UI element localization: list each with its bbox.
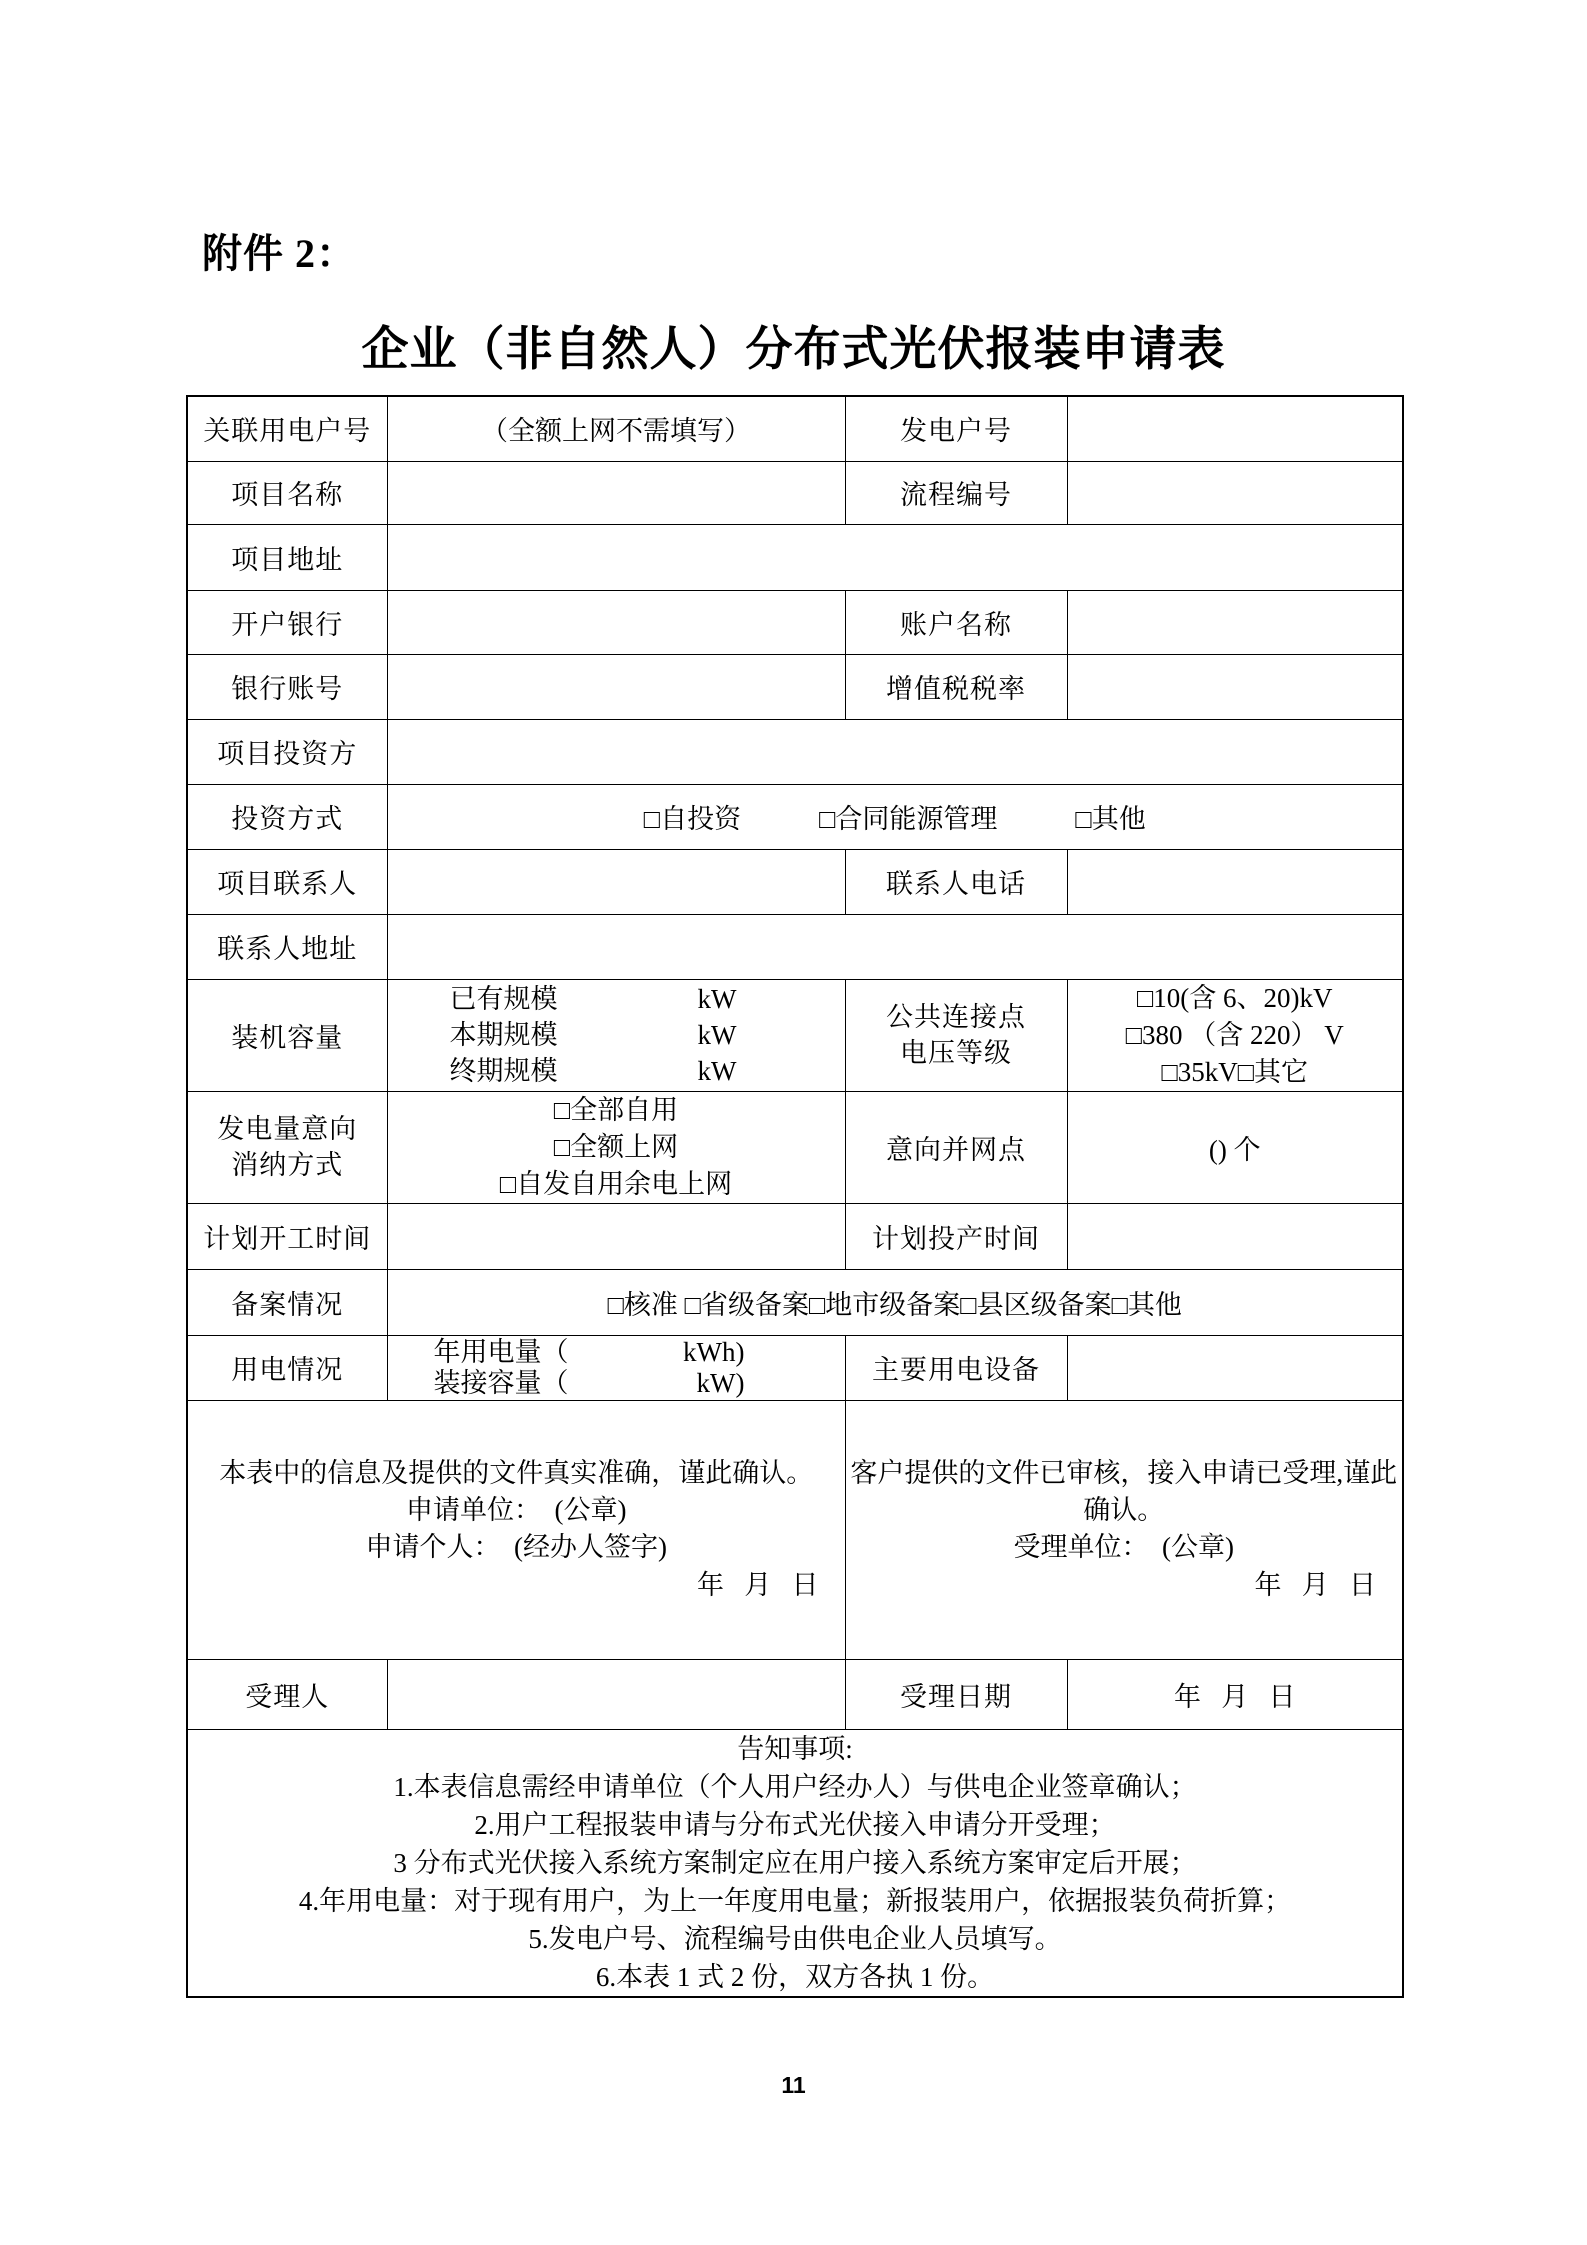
label-line2: 消纳方式 — [188, 1147, 387, 1183]
row-installed-capacity: 装机容量 已有规模 kW 本期规模 kW 终期规模 kW — [187, 979, 1403, 1091]
label-project-contact: 项目联系人 — [187, 849, 387, 914]
cell-planned-operation-value — [1067, 1203, 1403, 1269]
page-number: 11 — [0, 2072, 1587, 2099]
row-project-name: 项目名称 流程编号 — [187, 461, 1403, 524]
capacity-line-existing: 已有规模 kW — [388, 981, 845, 1017]
cell-project-investor-value — [387, 719, 1403, 784]
label-text: 发电户号 — [900, 416, 1012, 446]
label-acceptor: 受理人 — [187, 1659, 387, 1729]
label-text: 开户银行 — [231, 610, 343, 640]
cell-generation-account-value — [1067, 396, 1403, 461]
filing-checkbox-options: □核准 □省级备案□地市级备案□县区级备案□其他 — [608, 1290, 1182, 1320]
cell-project-name-value — [387, 461, 845, 524]
label-text: 受理日期 — [900, 1682, 1012, 1712]
label-line2: 电压等级 — [846, 1035, 1067, 1071]
label-text: 备案情况 — [231, 1290, 343, 1320]
notice-item-6: 6.本表 1 式 2 份，双方各执 1 份。 — [188, 1958, 1402, 1996]
capacity-unit: kW — [698, 1017, 737, 1053]
label-opening-bank: 开户银行 — [187, 590, 387, 654]
label-text: 项目投资方 — [217, 739, 357, 769]
label-contact-address: 联系人地址 — [187, 914, 387, 979]
row-consumption-mode: 发电量意向 消纳方式 □全部自用 □全额上网 □自发自用余电上网 意向并网点 (… — [187, 1091, 1403, 1203]
applicant-unit-seal: 申请单位： (公章) — [188, 1492, 845, 1529]
label-line1: 公共连接点 — [846, 999, 1067, 1035]
label-text: 计划投产时间 — [872, 1224, 1040, 1254]
label-vat-rate: 增值税税率 — [845, 654, 1067, 719]
label-text: 项目联系人 — [217, 869, 357, 899]
notice-item-5: 5.发电户号、流程编号由供电企业人员填写。 — [188, 1920, 1402, 1958]
cell-planned-start-value — [387, 1203, 845, 1269]
label-text: 计划开工时间 — [203, 1224, 371, 1254]
document-page: 附件 2： 企业（非自然人）分布式光伏报装申请表 关联用电户号 （全额上网不需填… — [0, 0, 1587, 2245]
applicant-person-signature: 申请个人： (经办人签字) — [188, 1529, 845, 1566]
label-bank-account-number: 银行账号 — [187, 654, 387, 719]
usage-label: 年用电量（ — [434, 1337, 569, 1368]
label-investment-mode: 投资方式 — [187, 784, 387, 849]
usage-unit: kW) — [697, 1368, 745, 1399]
label-planned-operation-time: 计划投产时间 — [845, 1203, 1067, 1269]
label-acceptance-date: 受理日期 — [845, 1659, 1067, 1729]
row-notice: 告知事项: 1.本表信息需经申请单位（个人用户经办人）与供电企业签章确认； 2.… — [187, 1729, 1403, 1997]
label-generation-account: 发电户号 — [845, 396, 1067, 461]
usage-line-annual: 年用电量（ kWh) — [388, 1337, 845, 1368]
checkbox-option-self-invest: □自投资 — [644, 797, 741, 836]
label-project-name: 项目名称 — [187, 461, 387, 524]
checkbox-option-self-use-surplus-grid: □自发自用余电上网 — [388, 1166, 845, 1203]
cell-project-address-value — [387, 524, 1403, 590]
date-placeholder: 年 月 日 — [1174, 1682, 1296, 1712]
cell-contact-phone-value — [1067, 849, 1403, 914]
applicant-date: 年 月 日 — [188, 1567, 845, 1604]
label-common-connection-voltage: 公共连接点 电压等级 — [845, 979, 1067, 1091]
note-text: （全额上网不需填写） — [481, 416, 751, 446]
label-text: 联系人地址 — [217, 934, 357, 964]
cell-main-equipment-value — [1067, 1335, 1403, 1400]
checkbox-option-energy-management: □合同能源管理 — [819, 797, 997, 836]
cell-project-contact-value — [387, 849, 845, 914]
label-process-number: 流程编号 — [845, 461, 1067, 524]
label-text: 项目名称 — [231, 480, 343, 510]
notice-title: 告知事项: — [188, 1730, 1402, 1768]
cell-acceptor-value — [387, 1659, 845, 1729]
cell-opening-bank-value — [387, 590, 845, 654]
cell-account-name-value — [1067, 590, 1403, 654]
label-project-investor: 项目投资方 — [187, 719, 387, 784]
capacity-line-current: 本期规模 kW — [388, 1017, 845, 1053]
cell-applicant-confirmation: 本表中的信息及提供的文件真实准确，谨此确认。 申请单位： (公章) 申请个人： … — [187, 1400, 845, 1659]
applicant-statement: 本表中的信息及提供的文件真实准确，谨此确认。 — [188, 1455, 845, 1492]
row-bank-account: 银行账号 增值税税率 — [187, 654, 1403, 719]
label-project-address: 项目地址 — [187, 524, 387, 590]
row-acceptor: 受理人 受理日期 年 月 日 — [187, 1659, 1403, 1729]
label-text: 关联用电户号 — [203, 416, 371, 446]
cell-consumption-options: □全部自用 □全额上网 □自发自用余电上网 — [387, 1091, 845, 1203]
checkbox-option-full-grid: □全额上网 — [388, 1129, 845, 1166]
capacity-label: 终期规模 — [450, 1053, 558, 1089]
checkbox-option-35kv-other: □35kV□其它 — [1068, 1054, 1403, 1091]
acceptance-unit-seal: 受理单位： (公章) — [846, 1529, 1403, 1566]
label-installed-capacity: 装机容量 — [187, 979, 387, 1091]
row-contact-address: 联系人地址 — [187, 914, 1403, 979]
capacity-label: 已有规模 — [450, 981, 558, 1017]
label-linked-electric-account: 关联用电户号 — [187, 396, 387, 461]
cell-usage-values: 年用电量（ kWh) 装接容量（ kW) — [387, 1335, 845, 1400]
cell-bank-account-number-value — [387, 654, 845, 719]
cell-capacity-scales: 已有规模 kW 本期规模 kW 终期规模 kW — [387, 979, 845, 1091]
usage-line-connected-capacity: 装接容量（ kW) — [388, 1368, 845, 1399]
capacity-unit: kW — [698, 1053, 737, 1089]
row-filing-status: 备案情况 □核准 □省级备案□地市级备案□县区级备案□其他 — [187, 1269, 1403, 1335]
label-text: 流程编号 — [900, 480, 1012, 510]
label-text: 银行账号 — [231, 674, 343, 704]
row-project-contact: 项目联系人 联系人电话 — [187, 849, 1403, 914]
row-investment-mode: 投资方式 □自投资 □合同能源管理 □其他 — [187, 784, 1403, 849]
capacity-line-final: 终期规模 kW — [388, 1053, 845, 1089]
label-text: 账户名称 — [900, 610, 1012, 640]
usage-unit: kWh) — [683, 1337, 744, 1368]
label-account-name: 账户名称 — [845, 590, 1067, 654]
row-electricity-usage: 用电情况 年用电量（ kWh) 装接容量（ kW) 主要用电设备 — [187, 1335, 1403, 1400]
label-text: 项目地址 — [231, 545, 343, 575]
row-confirmation: 本表中的信息及提供的文件真实准确，谨此确认。 申请单位： (公章) 申请个人： … — [187, 1400, 1403, 1659]
checkbox-option-380v: □380 （含 220） V — [1068, 1017, 1403, 1054]
label-text: 主要用电设备 — [872, 1355, 1040, 1385]
label-text: 受理人 — [245, 1682, 329, 1712]
cell-notice: 告知事项: 1.本表信息需经申请单位（个人用户经办人）与供电企业签章确认； 2.… — [187, 1729, 1403, 1997]
cell-filing-options: □核准 □省级备案□地市级备案□县区级备案□其他 — [387, 1269, 1403, 1335]
attachment-label: 附件 2： — [202, 222, 357, 279]
row-project-address: 项目地址 — [187, 524, 1403, 590]
form-title: 企业（非自然人）分布式光伏报装申请表 — [0, 312, 1587, 379]
checkbox-option-other: □其他 — [1075, 797, 1145, 836]
label-text: 投资方式 — [231, 804, 343, 834]
cell-linked-account-note: （全额上网不需填写） — [387, 396, 845, 461]
acceptance-statement: 客户提供的文件已审核，接入申请已受理,谨此确认。 — [846, 1455, 1403, 1529]
notice-item-3: 3 分布式光伏接入系统方案制定应在用户接入系统方案审定后开展； — [188, 1844, 1402, 1882]
investment-options: □自投资 □合同能源管理 □其他 — [388, 797, 1403, 836]
cell-contact-address-value — [387, 914, 1403, 979]
cell-acceptance-date-value: 年 月 日 — [1067, 1659, 1403, 1729]
label-electricity-usage: 用电情况 — [187, 1335, 387, 1400]
cell-acceptance-confirmation: 客户提供的文件已审核，接入申请已受理,谨此确认。 受理单位： (公章) 年 月 … — [845, 1400, 1403, 1659]
notice-item-1: 1.本表信息需经申请单位（个人用户经办人）与供电企业签章确认； — [188, 1768, 1402, 1806]
label-generation-consumption-mode: 发电量意向 消纳方式 — [187, 1091, 387, 1203]
row-linked-account: 关联用电户号 （全额上网不需填写） 发电户号 — [187, 396, 1403, 461]
label-text: 装机容量 — [231, 1023, 343, 1053]
application-form-table: 关联用电户号 （全额上网不需填写） 发电户号 项目名称 流程编号 项目地址 开户… — [186, 395, 1404, 1998]
label-filing-status: 备案情况 — [187, 1269, 387, 1335]
label-planned-start-time: 计划开工时间 — [187, 1203, 387, 1269]
cell-process-number-value — [1067, 461, 1403, 524]
cell-grid-connection-count: () 个 — [1067, 1091, 1403, 1203]
checkbox-option-all-self-use: □全部自用 — [388, 1092, 845, 1129]
usage-label: 装接容量（ — [434, 1368, 569, 1399]
row-project-investor: 项目投资方 — [187, 719, 1403, 784]
capacity-label: 本期规模 — [450, 1017, 558, 1053]
label-main-electric-equipment: 主要用电设备 — [845, 1335, 1067, 1400]
notice-item-4: 4.年用电量：对于现有用户，为上一年度用电量；新报装用户，依据报装负荷折算； — [188, 1882, 1402, 1920]
label-text: 联系人电话 — [886, 869, 1026, 899]
label-contact-phone: 联系人电话 — [845, 849, 1067, 914]
cell-vat-rate-value — [1067, 654, 1403, 719]
cell-investment-mode-options: □自投资 □合同能源管理 □其他 — [387, 784, 1403, 849]
count-placeholder: () 个 — [1209, 1135, 1261, 1165]
label-line1: 发电量意向 — [188, 1111, 387, 1147]
acceptance-date: 年 月 日 — [846, 1567, 1403, 1604]
cell-voltage-options: □10(含 6、20)kV □380 （含 220） V □35kV□其它 — [1067, 979, 1403, 1091]
label-text: 增值税税率 — [886, 674, 1026, 704]
notice-item-2: 2.用户工程报装申请与分布式光伏接入申请分开受理； — [188, 1806, 1402, 1844]
label-text: 用电情况 — [231, 1355, 343, 1385]
label-text: 意向并网点 — [886, 1135, 1026, 1165]
checkbox-option-10kv: □10(含 6、20)kV — [1068, 980, 1403, 1017]
row-bank: 开户银行 账户名称 — [187, 590, 1403, 654]
capacity-unit: kW — [698, 981, 737, 1017]
label-intended-grid-connection-point: 意向并网点 — [845, 1091, 1067, 1203]
row-planned-start: 计划开工时间 计划投产时间 — [187, 1203, 1403, 1269]
